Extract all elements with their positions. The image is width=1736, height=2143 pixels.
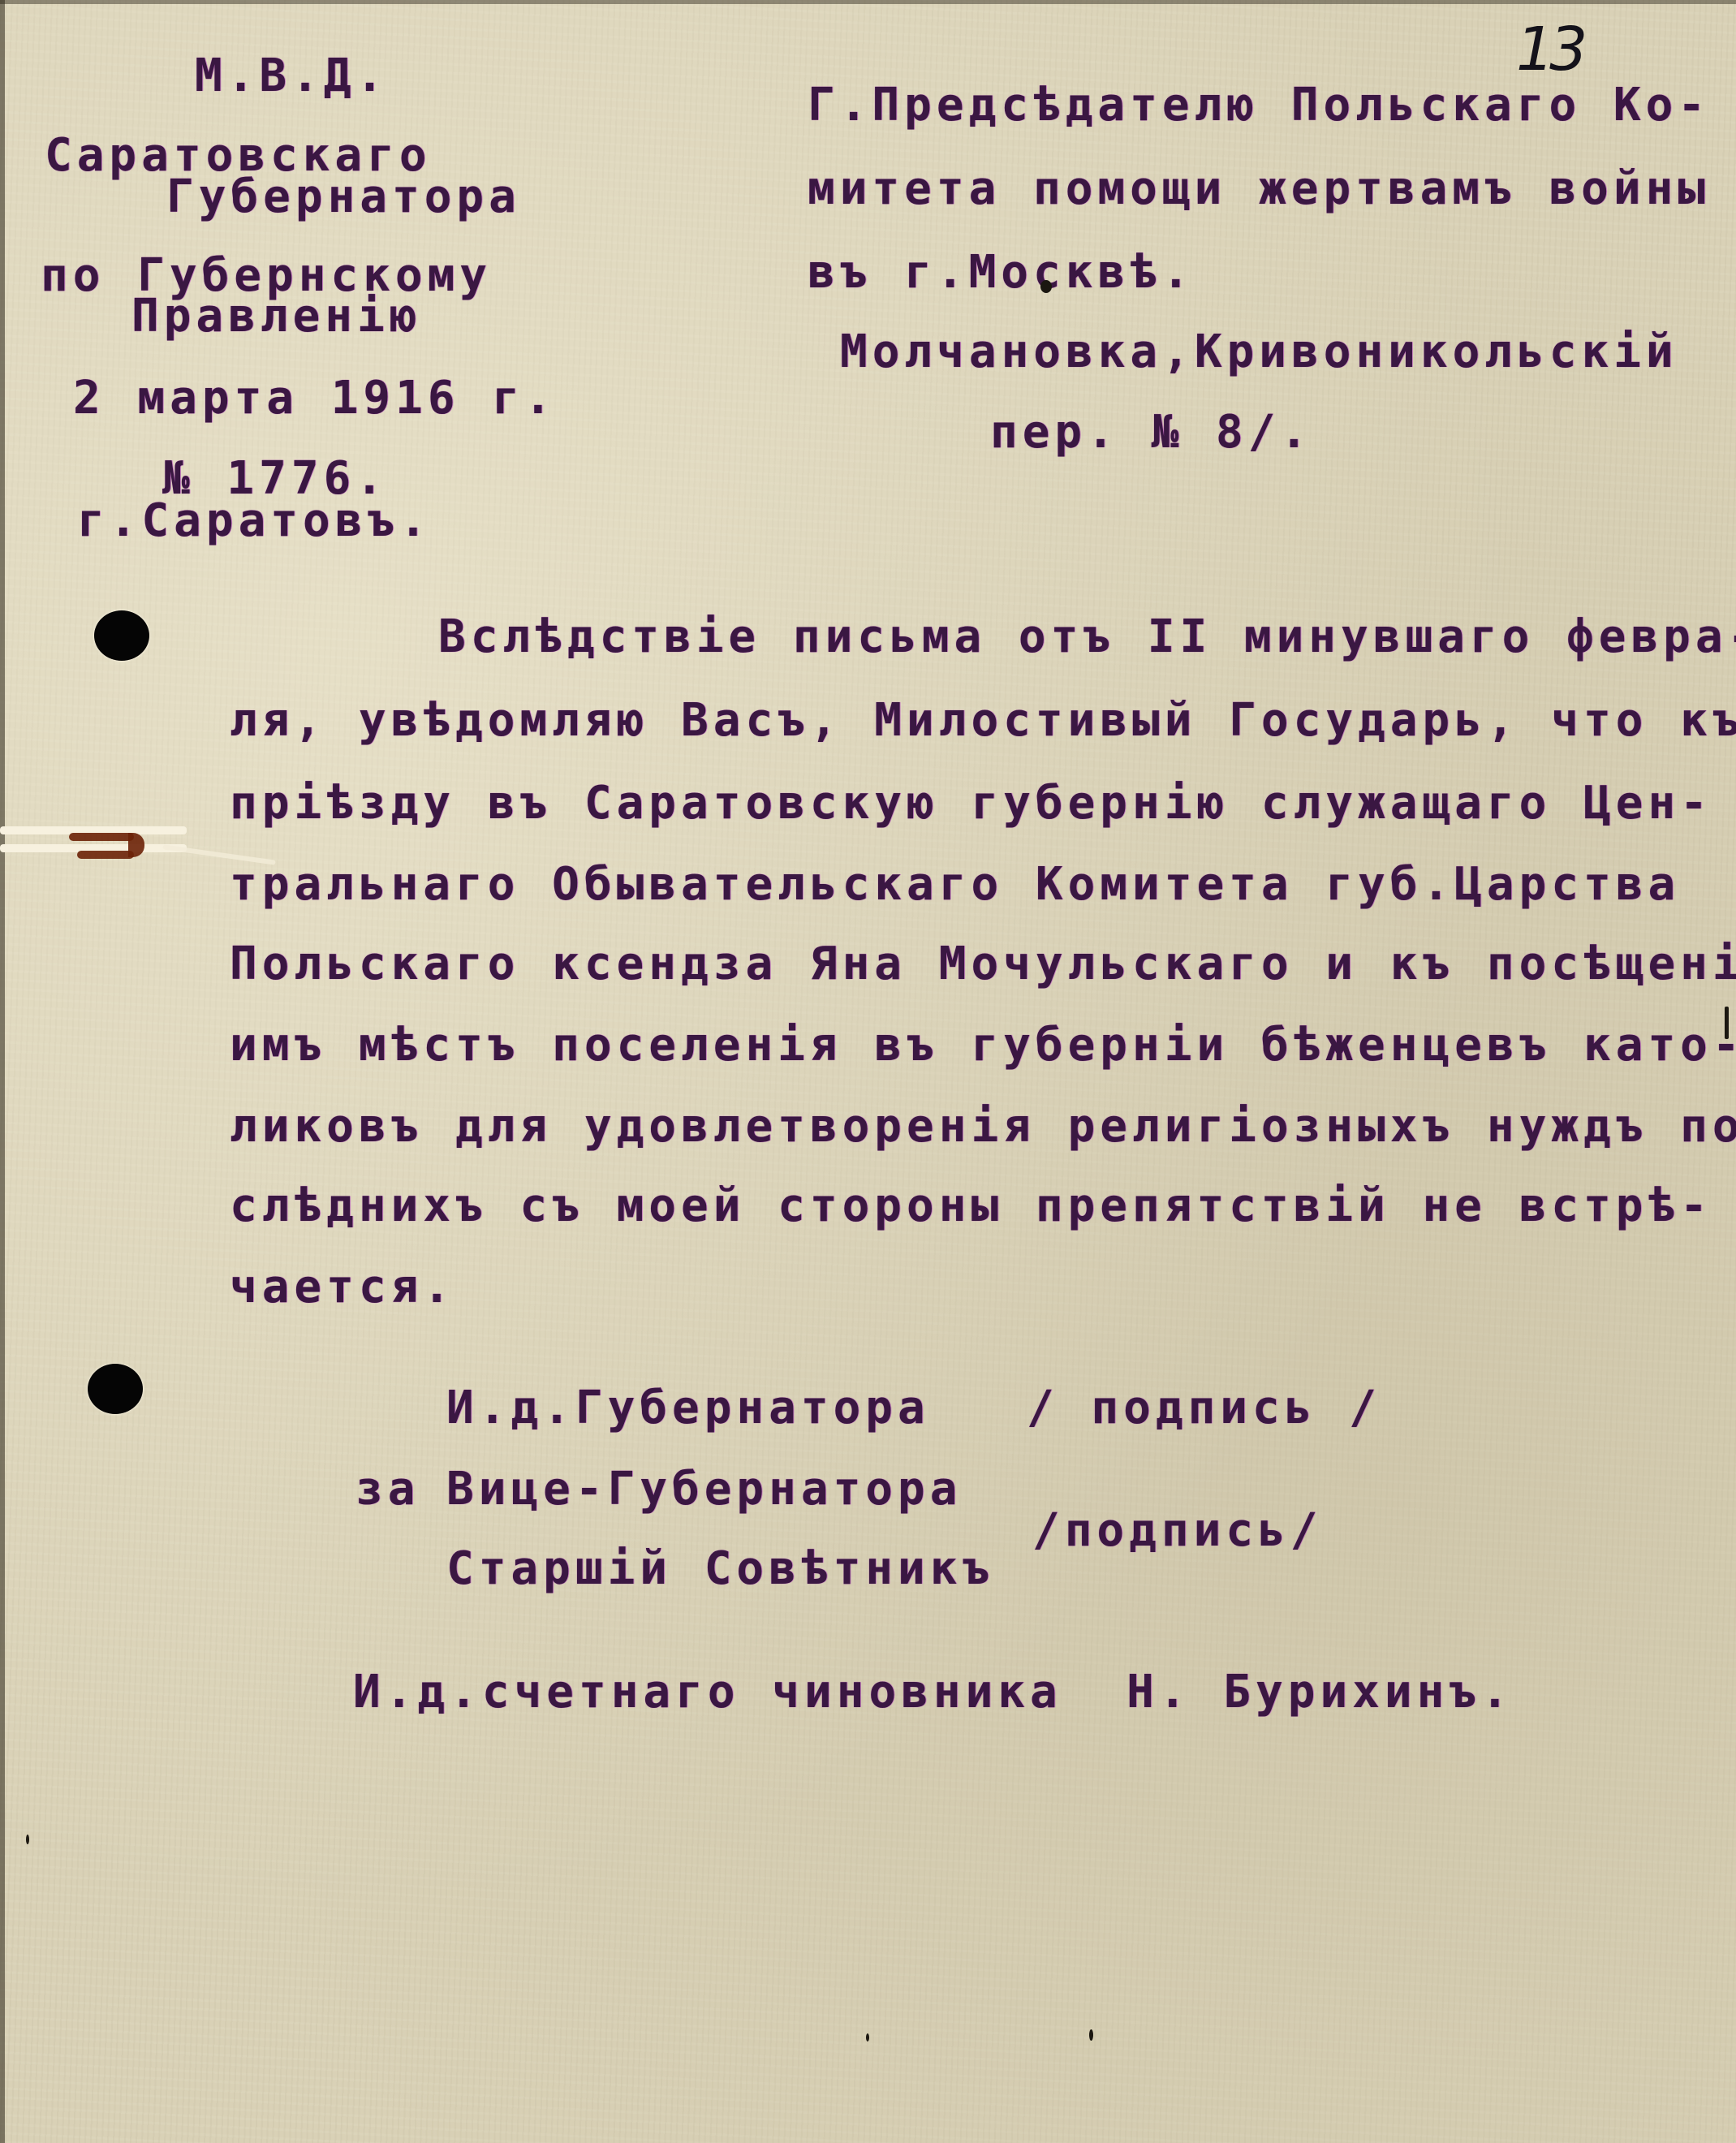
ink-speck [866, 2033, 869, 2042]
page-number: 13 [1516, 15, 1583, 84]
vice-prefix: за [355, 1467, 420, 1512]
addressee-line: въ г.Москвѣ. [808, 250, 1195, 295]
office-line-2: Губернатора [166, 175, 521, 220]
body-line: имъ мѣстъ поселенія въ губерніи бѣженцев… [230, 1023, 1736, 1068]
addressee-line: митета помощи жертвамъ войны [808, 166, 1710, 212]
clerk-line: И.д.счетнаго чиновника Н. Бурихинъ. [353, 1670, 1514, 1715]
body-line: ля, увѣдомляю Васъ, Милостивый Государь,… [230, 698, 1736, 744]
letter-date: 2 марта 1916 г. [73, 376, 557, 421]
staple-mark [0, 820, 187, 860]
body-line: Вслѣдствіе письма отъ II минувшаго февра… [438, 614, 1736, 660]
page-edge [0, 0, 1736, 4]
ink-speck [1089, 2029, 1093, 2041]
counsel-title: Старшій Совѣтникъ [446, 1546, 994, 1592]
body-line: пріѣзду въ Саратовскую губернію служащаг… [230, 781, 1712, 826]
page-edge [0, 0, 5, 2143]
body-line: тральнаго Обывательскаго Комитета губ.Ца… [230, 862, 1680, 908]
body-line: слѣднихъ съ моей стороны препятствій не … [230, 1184, 1712, 1229]
body-line: ликовъ для удовлетворенія религіозныхъ н… [230, 1104, 1736, 1149]
ministry: М.В.Д. [195, 54, 388, 99]
punch-hole [94, 610, 149, 661]
sender-city: г.Саратовъ. [77, 498, 432, 544]
dept-line-2: Правленію [131, 294, 421, 339]
addressee-line: Молчановка,Кривоникольскій [840, 330, 1678, 375]
vice-governor-signature: /подпись/ [1032, 1508, 1322, 1554]
body-line: Польскаго ксендза Яна Мочульскаго и къ п… [230, 942, 1736, 987]
ink-speck [1725, 1007, 1729, 1039]
body-line: чается. [230, 1265, 455, 1310]
vice-governor-title: Вице-Губернатора [446, 1467, 962, 1512]
punch-hole [88, 1364, 143, 1414]
ink-speck [26, 1835, 29, 1844]
ink-speck [1040, 280, 1052, 293]
addressee-line: пер. № 8/. [990, 410, 1312, 455]
addressee-line: Г.Предсѣдателю Польскаго Ко- [808, 83, 1710, 128]
governor-signature: / подпись / [1027, 1386, 1381, 1431]
governor-title: И.д.Губернатора [446, 1386, 930, 1431]
